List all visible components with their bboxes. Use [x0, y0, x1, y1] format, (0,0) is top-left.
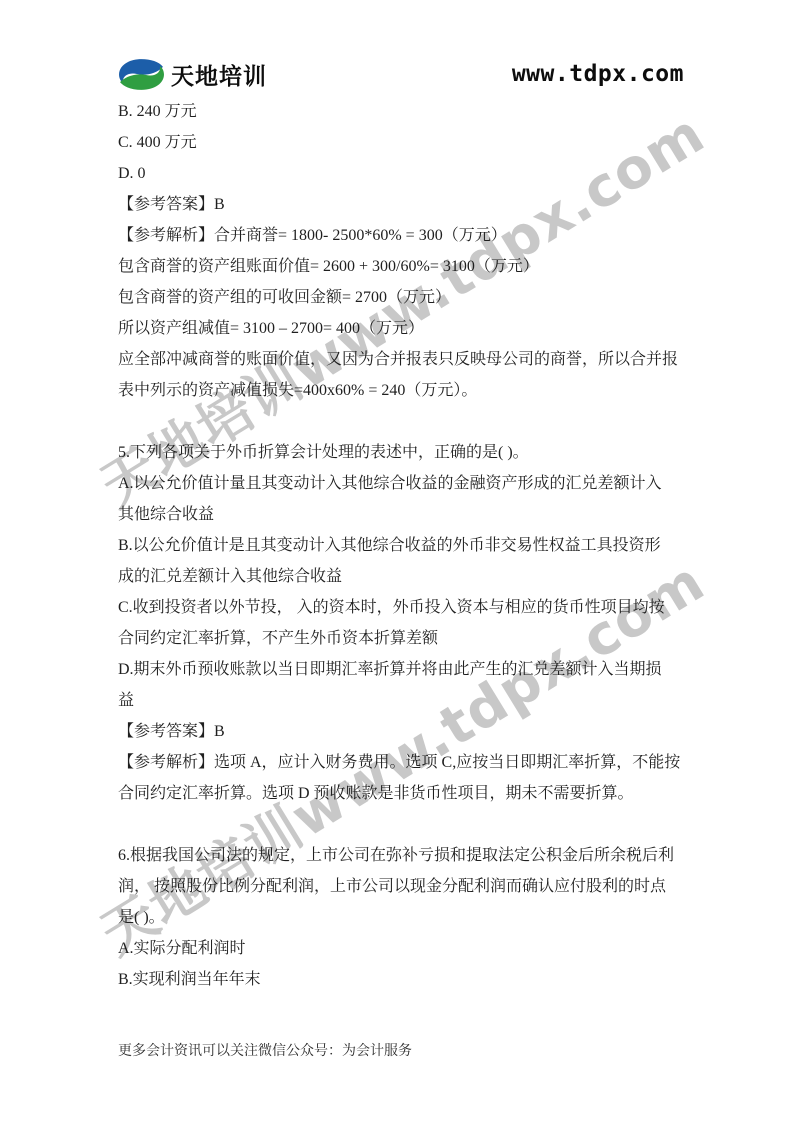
text-line: D.期末外币预收账款以当日即期汇率折算并将由此产生的汇兑差额计入当期损: [118, 654, 684, 685]
text-line: B. 240 万元: [118, 96, 684, 127]
text-line: 合同约定汇率折算。选项 D 预收账款是非货币性项目，期未不需要折算。: [118, 778, 684, 809]
text-line: 【参考答案】B: [118, 716, 684, 747]
text-line: 【参考答案】B: [118, 189, 684, 220]
text-line: 所以资产组减值= 3100 – 2700= 400（万元）: [118, 313, 684, 344]
text-line: A.以公允价值计量且其变动计入其他综合收益的金融资产形成的汇兑差额计入: [118, 468, 684, 499]
header-website-url: www.tdpx.com: [512, 61, 684, 87]
text-line: C.收到投资者以外节投， 入的资本时，外币投入资本与相应的货币性项目均按: [118, 592, 684, 623]
text-line: 其他综合收益: [118, 499, 684, 530]
text-line: 是( )。: [118, 902, 684, 933]
document-page: 天地培训www.tdpx.com 天地培训www.tdpx.com 天地培训 w…: [0, 0, 793, 1122]
text-line: 益: [118, 685, 684, 716]
blank-line: [118, 809, 684, 840]
text-line: 5.下列各项关于外币折算会计处理的表述中，正确的是( )。: [118, 437, 684, 468]
brand-logo: 天地培训: [118, 58, 267, 91]
text-line: 润， 按照股份比例分配利润，上市公司以现金分配利润而确认应付股利的时点: [118, 871, 684, 902]
text-line: 6.根据我国公司法的规定，上市公司在弥补亏损和提取法定公积金后所余税后利: [118, 840, 684, 871]
document-text-body: B. 240 万元C. 400 万元D. 0【参考答案】B【参考解析】合并商誉=…: [118, 96, 684, 995]
tiandi-swoosh-logo-icon: [118, 58, 165, 91]
text-line: 包含商誉的资产组的可收回金额= 2700（万元）: [118, 282, 684, 313]
text-line: 合同约定汇率折算，不产生外币资本折算差额: [118, 623, 684, 654]
page-header: 天地培训 www.tdpx.com: [118, 48, 684, 100]
text-line: D. 0: [118, 158, 684, 189]
text-line: B.实现利润当年年末: [118, 964, 684, 995]
text-line: 包含商誉的资产组账面价值= 2600 + 300/60%= 3100（万元）: [118, 251, 684, 282]
text-line: A.实际分配利润时: [118, 933, 684, 964]
text-line: 成的汇兑差额计入其他综合收益: [118, 561, 684, 592]
text-line: 【参考解析】选项 A，应计入财务费用。选项 C,应按当日即期汇率折算，不能按: [118, 747, 684, 778]
text-line: 【参考解析】合并商誉= 1800- 2500*60% = 300（万元）: [118, 220, 684, 251]
blank-line: [118, 406, 684, 437]
text-line: 应全部冲减商誉的账面价值，又因为合并报表只反映母公司的商誉，所以合并报: [118, 344, 684, 375]
text-line: C. 400 万元: [118, 127, 684, 158]
text-line: B.以公允价值计是且其变动计入其他综合收益的外币非交易性权益工具投资形: [118, 530, 684, 561]
page-footer-note: 更多会计资讯可以关注微信公众号：为会计服务: [118, 1040, 684, 1060]
brand-name: 天地培训: [171, 58, 267, 91]
text-line: 表中列示的资产减值损失=400x60% = 240（万元）。: [118, 375, 684, 406]
